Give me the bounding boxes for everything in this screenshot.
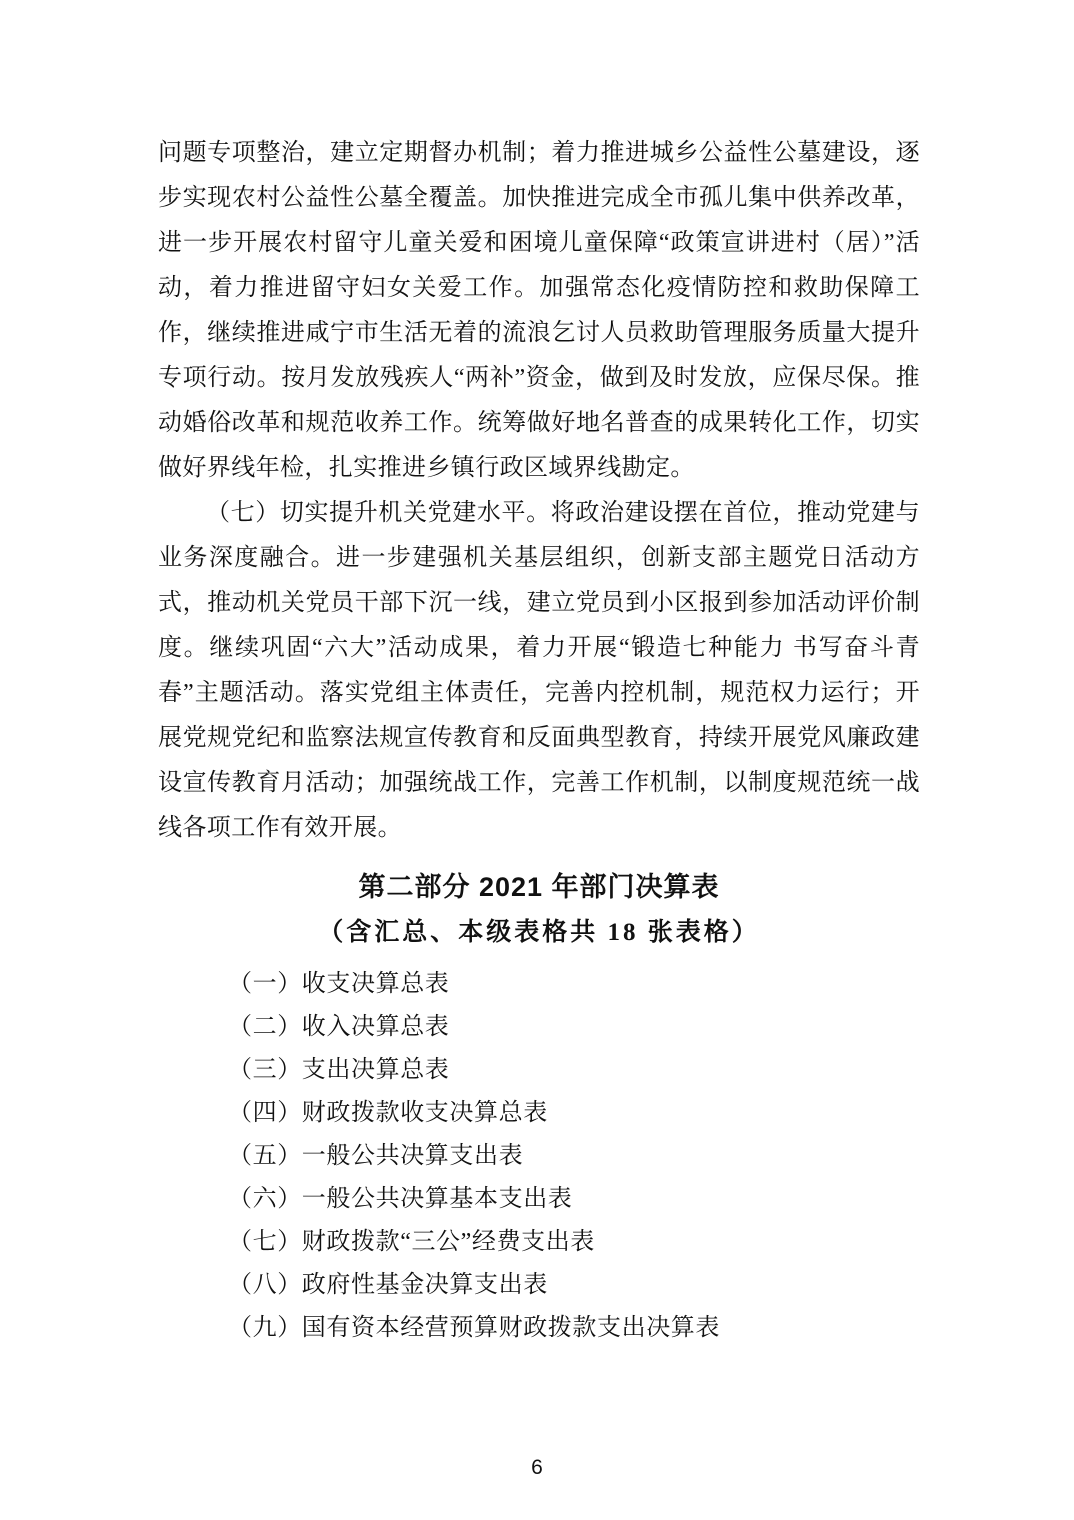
list-item: （六）一般公共决算基本支出表 bbox=[228, 1178, 920, 1221]
document-page: 问题专项整治，建立定期督办机制；着力推进城乡公益性公墓建设，逐步实现农村公益性公… bbox=[0, 0, 1074, 1520]
list-item: （一）收支决算总表 bbox=[228, 963, 920, 1006]
list-item: （四）财政拨款收支决算总表 bbox=[228, 1092, 920, 1135]
table-list: （一）收支决算总表 （二）收入决算总表 （三）支出决算总表 （四）财政拨款收支决… bbox=[158, 963, 920, 1350]
paragraph-item-seven: （七）切实提升机关党建水平。将政治建设摆在首位，推动党建与业务深度融合。进一步建… bbox=[158, 491, 920, 851]
document-content: 问题专项整治，建立定期督办机制；着力推进城乡公益性公墓建设，逐步实现农村公益性公… bbox=[158, 131, 920, 1350]
list-item: （二）收入决算总表 bbox=[228, 1006, 920, 1049]
list-item: （三）支出决算总表 bbox=[228, 1049, 920, 1092]
section-title: 第二部分 2021 年部门决算表 bbox=[158, 865, 920, 910]
section-subtitle: （含汇总、本级表格共 18 张表格） bbox=[158, 910, 920, 955]
list-item: （九）国有资本经营预算财政拨款支出决算表 bbox=[228, 1307, 920, 1350]
paragraph-continued: 问题专项整治，建立定期督办机制；着力推进城乡公益性公墓建设，逐步实现农村公益性公… bbox=[158, 131, 920, 491]
list-item: （七）财政拨款“三公”经费支出表 bbox=[228, 1221, 920, 1264]
list-item: （八）政府性基金决算支出表 bbox=[228, 1264, 920, 1307]
list-item: （五）一般公共决算支出表 bbox=[228, 1135, 920, 1178]
page-number: 6 bbox=[0, 1456, 1074, 1480]
